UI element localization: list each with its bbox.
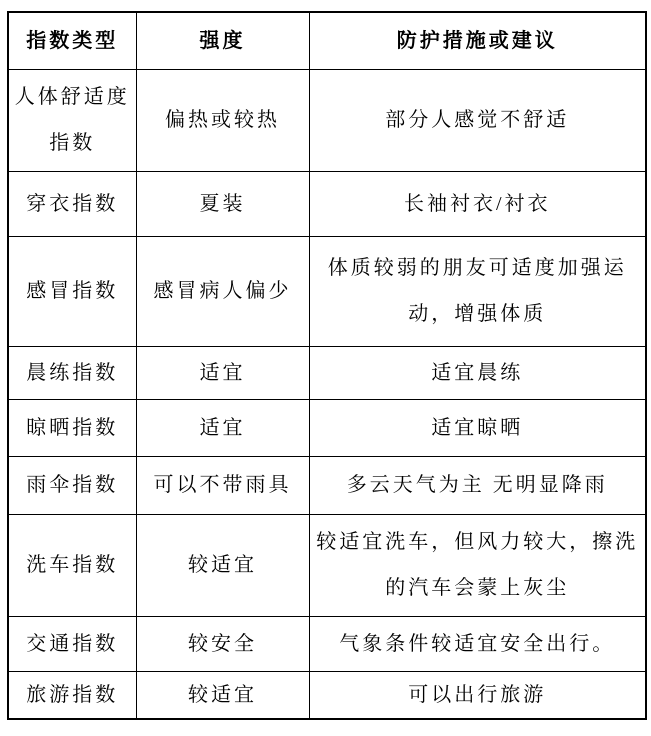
cell-advice: 部分人感觉不舒适 [309,69,646,171]
cell-index-type: 穿衣指数 [8,171,136,236]
table-row: 感冒指数 感冒病人偏少 体质较弱的朋友可适度加强运动，增强体质 [8,236,646,346]
cell-index-type: 感冒指数 [8,236,136,346]
cell-intensity: 适宜 [136,399,309,456]
cell-index-type: 交通指数 [8,616,136,671]
header-row: 指数类型 强度 防护措施或建议 [8,12,646,69]
cell-intensity: 偏热或较热 [136,69,309,171]
cell-index-type: 晨练指数 [8,346,136,399]
cell-advice: 可以出行旅游 [309,671,646,719]
cell-advice: 气象条件较适宜安全出行。 [309,616,646,671]
header-advice: 防护措施或建议 [309,12,646,69]
cell-intensity: 较适宜 [136,514,309,616]
cell-index-type: 旅游指数 [8,671,136,719]
cell-index-type: 洗车指数 [8,514,136,616]
cell-advice: 长袖衬衣/衬衣 [309,171,646,236]
table-row: 洗车指数 较适宜 较适宜洗车，但风力较大，擦洗的汽车会蒙上灰尘 [8,514,646,616]
table-row: 晾晒指数 适宜 适宜晾晒 [8,399,646,456]
header-index-type: 指数类型 [8,12,136,69]
cell-advice: 体质较弱的朋友可适度加强运动，增强体质 [309,236,646,346]
table-row: 人体舒适度指数 偏热或较热 部分人感觉不舒适 [8,69,646,171]
table-row: 穿衣指数 夏装 长袖衬衣/衬衣 [8,171,646,236]
cell-advice: 适宜晾晒 [309,399,646,456]
cell-index-type: 雨伞指数 [8,456,136,514]
table-row: 雨伞指数 可以不带雨具 多云天气为主 无明显降雨 [8,456,646,514]
cell-intensity: 感冒病人偏少 [136,236,309,346]
table-row: 晨练指数 适宜 适宜晨练 [8,346,646,399]
document-page: 指数类型 强度 防护措施或建议 人体舒适度指数 偏热或较热 部分人感觉不舒适 穿… [0,0,651,736]
cell-advice: 适宜晨练 [309,346,646,399]
cell-advice: 多云天气为主 无明显降雨 [309,456,646,514]
header-intensity: 强度 [136,12,309,69]
cell-intensity: 可以不带雨具 [136,456,309,514]
cell-index-type: 人体舒适度指数 [8,69,136,171]
weather-index-table: 指数类型 强度 防护措施或建议 人体舒适度指数 偏热或较热 部分人感觉不舒适 穿… [7,11,647,720]
cell-index-type: 晾晒指数 [8,399,136,456]
table-row: 交通指数 较安全 气象条件较适宜安全出行。 [8,616,646,671]
cell-intensity: 较适宜 [136,671,309,719]
cell-intensity: 夏装 [136,171,309,236]
cell-intensity: 较安全 [136,616,309,671]
cell-intensity: 适宜 [136,346,309,399]
cell-advice: 较适宜洗车，但风力较大，擦洗的汽车会蒙上灰尘 [309,514,646,616]
table-row: 旅游指数 较适宜 可以出行旅游 [8,671,646,719]
